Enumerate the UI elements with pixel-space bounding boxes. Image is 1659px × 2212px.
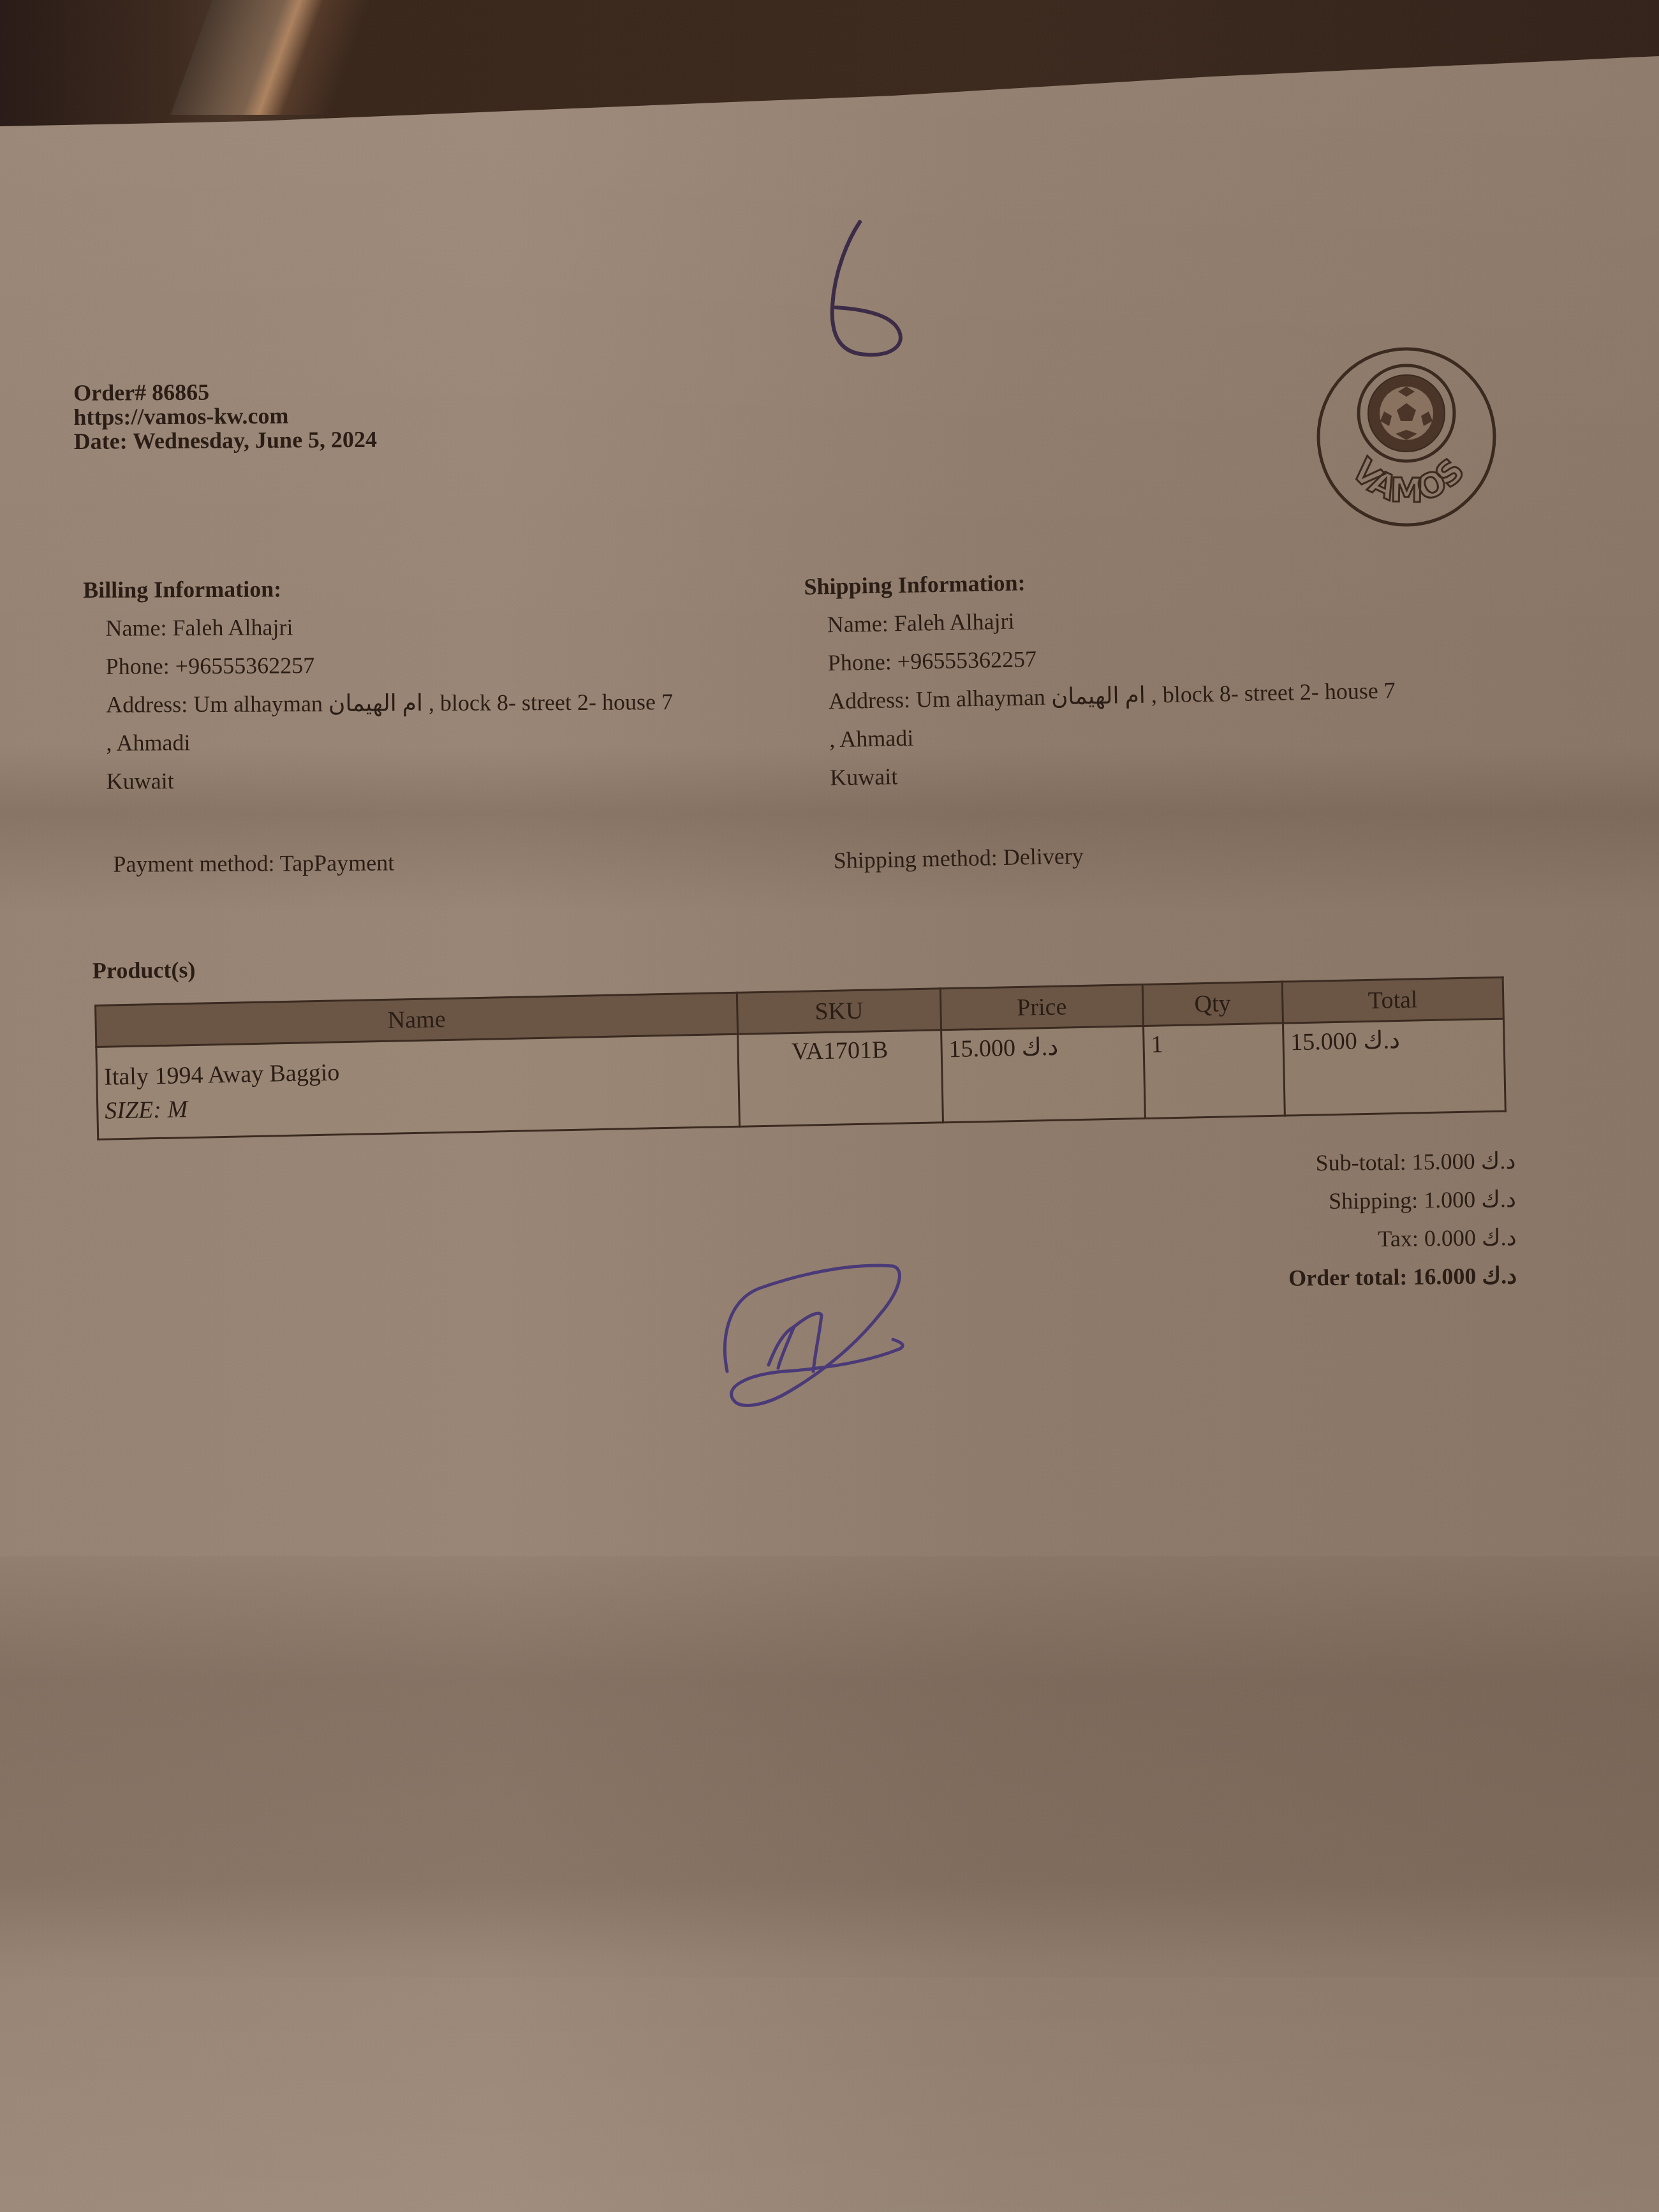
soccer-ball-icon [1380,387,1433,440]
order-totals: Sub-total: 15.000 د.ك Shipping: 1.000 د.… [1287,1142,1517,1297]
tax: Tax: 0.000 د.ك [1288,1218,1517,1259]
paper-fold-shadow [0,1977,1659,2212]
shipping-cost: Shipping: 1.000 د.ك [1288,1180,1517,1221]
background-object [170,0,372,115]
paper-fold-shadow [0,1556,1659,1965]
products-table-container: Name SKU Price Qty Total Italy 1994 Away… [94,977,1507,1140]
column-header-price: Price [940,985,1143,1030]
website-url: https://vamos-kw.com [73,403,377,429]
product-qty: 1 [1143,1023,1285,1118]
handwritten-signature [708,1244,918,1422]
billing-title: Billing Information: [83,568,672,609]
shipping-method: Shipping method: Delivery [833,830,1399,880]
order-total: Order total: 16.000 د.ك [1288,1257,1517,1297]
billing-name: Name: Faleh Alhajri [105,606,672,647]
products-table: Name SKU Price Qty Total Italy 1994 Away… [94,977,1507,1140]
vamos-logo: VAMOS [1314,344,1499,529]
order-number: Order# 86865 [73,379,377,405]
subtotal: Sub-total: 15.000 د.ك [1287,1142,1516,1183]
billing-information: Billing Information: Name: Faleh Alhajri… [83,568,674,883]
order-date: Date: Wednesday, June 5, 2024 [74,427,378,453]
shipping-information: Shipping Information: Name: Faleh Alhajr… [804,556,1399,880]
product-name-cell: Italy 1994 Away Baggio SIZE: M [96,1034,740,1139]
billing-phone: Phone: +96555362257 [106,644,673,686]
payment-method: Payment method: TapPayment [113,842,674,883]
billing-country: Kuwait [107,759,674,800]
column-header-qty: Qty [1142,982,1283,1026]
invoice-paper: Order# 86865 https://vamos-kw.com Date: … [0,0,1659,2212]
handwritten-number-six [823,210,925,364]
column-header-sku: SKU [737,989,941,1034]
order-header: Order# 86865 https://vamos-kw.com Date: … [73,379,377,453]
column-header-total: Total [1282,977,1504,1023]
billing-address-line2: , Ahmadi [106,721,673,762]
billing-address-line1: Address: Um alhayman ام الهيمان , block … [106,682,673,724]
product-sku: VA1701B [738,1030,943,1126]
products-heading: Product(s) [92,956,196,984]
product-price: 15.000 د.ك [941,1026,1145,1123]
product-total: 15.000 د.ك [1283,1019,1505,1116]
